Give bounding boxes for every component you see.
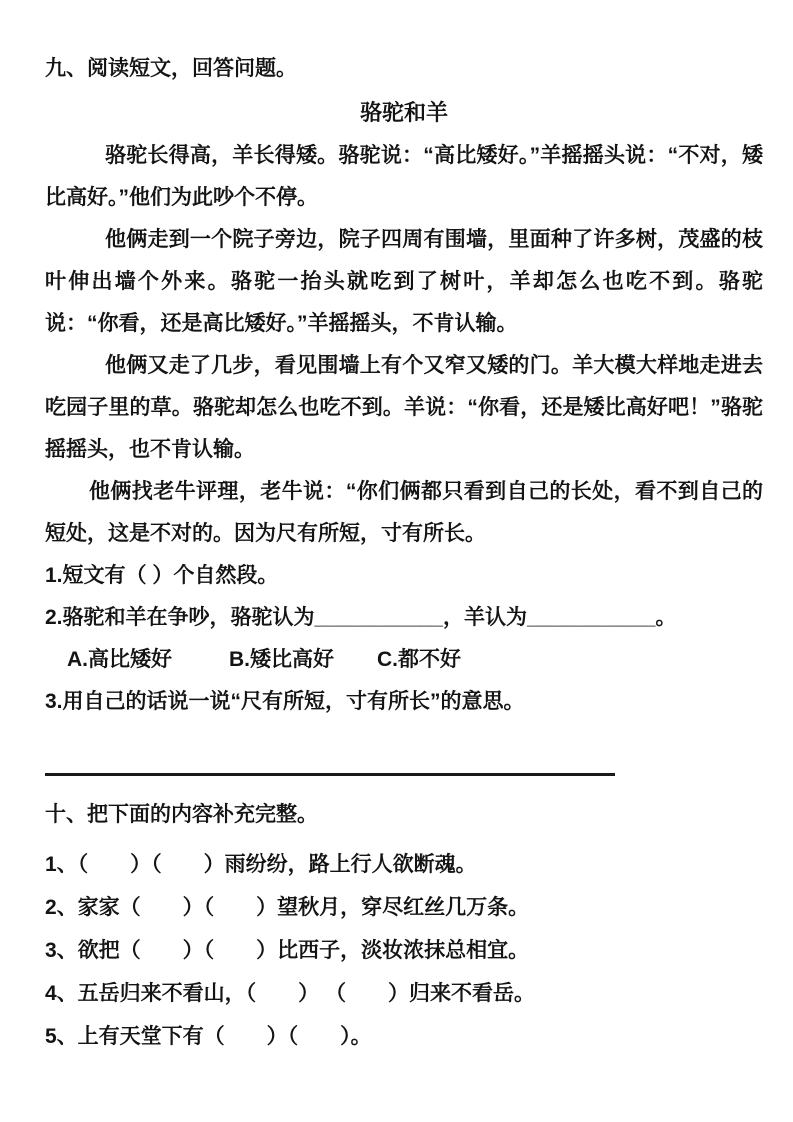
story-paragraph-1: 骆驼长得高，羊长得矮。骆驼说：“高比矮好。”羊摇摇头说：“不对，矮比高好。”他们…: [45, 135, 763, 219]
fill-items-list: 1、（ ）（ ）雨纷纷，路上行人欲断魂。 2、家家（ ）（ ）望秋月，穿尽红丝几…: [45, 843, 763, 1058]
story-paragraph-2: 他俩走到一个院子旁边，院子四周有围墙，里面种了许多树，茂盛的枝叶伸出墙个外来。骆…: [45, 219, 763, 345]
question-1: 1.短文有（ ）个自然段。: [45, 555, 763, 597]
option-a: A.高比矮好: [67, 648, 172, 671]
story-paragraph-4: 他俩找老牛评理，老牛说：“你们俩都只看到自己的长处，看不到自己的短处，这是不对的…: [45, 471, 763, 555]
question-2: 2.骆驼和羊在争吵，骆驼认为___________，羊认为___________…: [45, 597, 763, 639]
fill-item-3: 3、欲把（ ）（ ）比西子，淡妆浓抹总相宜。: [45, 929, 763, 972]
answer-line: [45, 773, 615, 776]
fill-item-4: 4、五岳归来不看山，（ ） （ ）归来不看岳。: [45, 972, 763, 1015]
fill-item-2: 2、家家（ ）（ ）望秋月，穿尽红丝几万条。: [45, 886, 763, 929]
section9-heading: 九、阅读短文，回答问题。: [45, 47, 763, 91]
question-3: 3.用自己的话说一说“尺有所短，寸有所长”的意思。: [45, 681, 763, 723]
story-title: 骆驼和羊: [45, 91, 763, 135]
question-2-options: A.高比矮好B.矮比高好C.都不好: [45, 639, 763, 681]
fill-item-1: 1、（ ）（ ）雨纷纷，路上行人欲断魂。: [45, 843, 763, 886]
worksheet-page: 九、阅读短文，回答问题。 骆驼和羊 骆驼长得高，羊长得矮。骆驼说：“高比矮好。”…: [0, 0, 793, 1122]
section10-heading: 十、把下面的内容补充完整。: [45, 793, 763, 837]
option-c: C.都不好: [377, 648, 461, 671]
fill-item-5: 5、上有天堂下有（ ）（ ）。: [45, 1015, 763, 1058]
story-body: 骆驼长得高，羊长得矮。骆驼说：“高比矮好。”羊摇摇头说：“不对，矮比高好。”他们…: [45, 135, 763, 555]
option-b: B.矮比高好: [229, 648, 334, 671]
story-paragraph-3: 他俩又走了几步，看见围墙上有个又窄又矮的门。羊大模大样地走进去吃园子里的草。骆驼…: [45, 345, 763, 471]
